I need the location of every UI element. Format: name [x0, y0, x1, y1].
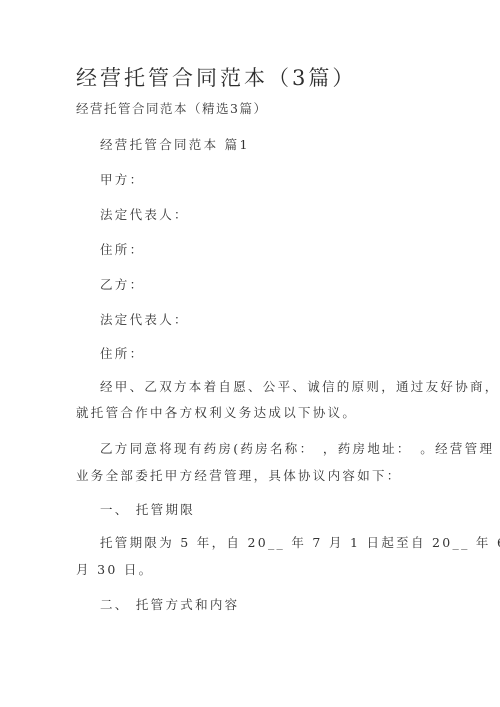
clause-2-heading: 二、 托管方式和内容	[100, 595, 239, 613]
paragraph-2-line-1: 乙方同意将现有药房(药房名称： ，药房地址： 。经营管理	[100, 439, 494, 457]
paragraph-2-line-2: 业务全部委托甲方经营管理，具体协议内容如下：	[76, 466, 402, 484]
clause-1-heading: 一、 托管期限	[100, 500, 195, 518]
paragraph-1-line-1: 经甲、乙双方本着自愿、公平、诚信的原则，通过友好协商，	[100, 377, 500, 395]
party-b-label: 乙方：	[100, 275, 144, 293]
clause-1-line-2: 月 30 日。	[76, 560, 153, 578]
clause-1-line-1: 托管期限为 5 年，自 20__ 年 7 月 1 日起至自 20__ 年 6	[100, 533, 500, 551]
party-a-label: 甲方：	[100, 170, 144, 188]
document-page: 经营托管合同范本（3篇） 经营托管合同范本（精选3篇） 经营托管合同范本 篇1 …	[0, 0, 500, 707]
document-subtitle: 经营托管合同范本（精选3篇）	[76, 99, 267, 117]
party-b-representative-label: 法定代表人：	[100, 310, 189, 328]
section-heading: 经营托管合同范本 篇1	[100, 135, 250, 153]
paragraph-1-line-2: 就托管合作中各方权利义务达成以下协议。	[76, 403, 357, 421]
party-a-representative-label: 法定代表人：	[100, 205, 189, 223]
party-b-address-label: 住所：	[100, 344, 144, 362]
party-a-address-label: 住所：	[100, 240, 144, 258]
document-title: 经营托管合同范本（3篇）	[76, 62, 356, 92]
